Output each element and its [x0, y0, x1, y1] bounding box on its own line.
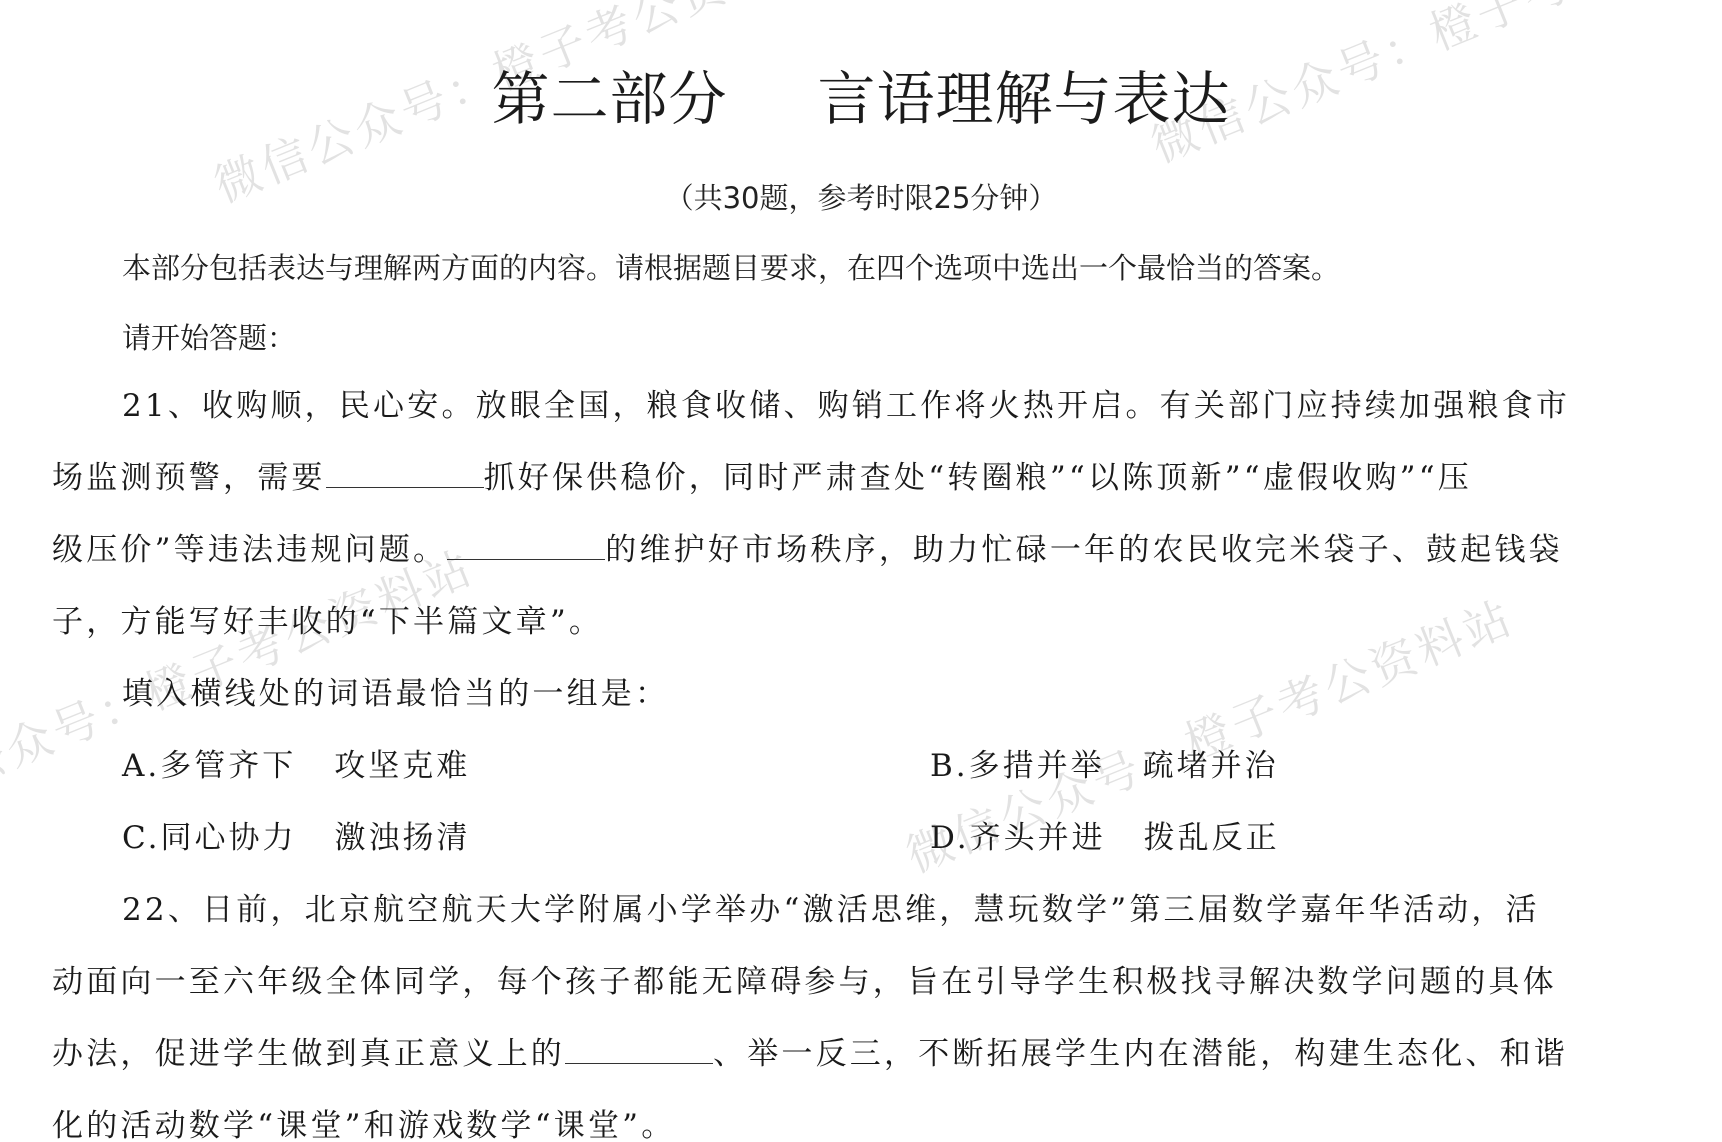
text-span: 化的活动数学“课堂”和游戏数学“课堂”。 — [52, 1108, 675, 1142]
option-word-1: 多管齐下 — [160, 748, 296, 784]
option-d[interactable]: D.齐头并进拨乱反正 — [930, 812, 1280, 857]
begin-prompt: 请开始答题： — [122, 316, 296, 357]
fill-blank-1 — [326, 461, 484, 488]
text-span: 、举一反三，不断拓展学生内在潜能，构建生态化、和谐 — [713, 1036, 1568, 1072]
section-label: 言语理解与表达 — [818, 65, 1231, 133]
page-title: 第二部分言语理解与表达 — [0, 52, 1722, 136]
option-word-1: 齐头并进 — [970, 820, 1106, 856]
option-label: A. — [122, 748, 160, 784]
question-text-line: 21、收购顺，民心安。放眼全国，粮食收储、购销工作将火热开启。有关部门应持续加强… — [122, 380, 1570, 425]
section-instructions: 本部分包括表达与理解两方面的内容。请根据题目要求，在四个选项中选出一个最恰当的答… — [122, 246, 1340, 287]
part-label: 第二部分 — [491, 65, 727, 133]
text-span: 的维护好市场秩序，助力忙碌一年的农民收完米袋子、鼓起钱袋 — [605, 532, 1563, 568]
option-word-2: 攻坚克难 — [334, 748, 470, 784]
question-text-line: 化的活动数学“课堂”和游戏数学“课堂”。 — [52, 1100, 675, 1142]
question-text-line: 22、日前，北京航空航天大学附属小学举办“激活思维，慧玩数学”第三届数学嘉年华活… — [122, 884, 1540, 929]
question-text-line: 办法，促进学生做到真正意义上的、举一反三，不断拓展学生内在潜能，构建生态化、和谐 — [52, 1028, 1568, 1073]
option-word-1: 同心协力 — [160, 820, 296, 856]
fill-blank-1 — [565, 1037, 713, 1064]
text-span: 抓好保供稳价，同时严肃查处“转圈粮”“以陈顶新”“虚假收购”“压 — [484, 460, 1472, 496]
fill-blank-2 — [447, 533, 605, 560]
question-text-line: 动面向一至六年级全体同学，每个孩子都能无障碍参与，旨在引导学生积极找寻解决数学问… — [52, 956, 1557, 1001]
option-c[interactable]: C.同心协力激浊扬清 — [122, 812, 470, 857]
text-span: 级压价”等违法违规问题。 — [52, 532, 447, 568]
option-label: C. — [122, 820, 160, 856]
question-prompt: 填入横线处的词语最恰当的一组是： — [122, 668, 669, 713]
option-word-2: 疏堵并治 — [1143, 748, 1279, 784]
option-a[interactable]: A.多管齐下攻坚克难 — [122, 740, 470, 785]
option-label: B. — [930, 748, 969, 784]
text-span: 子，方能写好丰收的“下半篇文章”。 — [52, 604, 603, 640]
option-word-2: 激浊扬清 — [334, 820, 470, 856]
question-text-line: 子，方能写好丰收的“下半篇文章”。 — [52, 596, 603, 641]
option-word-1: 多措并举 — [969, 748, 1105, 784]
text-span: 场监测预警，需要 — [52, 460, 326, 496]
option-label: D. — [930, 820, 970, 856]
section-subtitle: （共30题，参考时限25分钟） — [0, 176, 1722, 217]
text-span: 21、收购顺，民心安。放眼全国，粮食收储、购销工作将火热开启。有关部门应持续加强… — [122, 388, 1570, 424]
question-text-line: 场监测预警，需要抓好保供稳价，同时严肃查处“转圈粮”“以陈顶新”“虚假收购”“压 — [52, 452, 1472, 497]
option-word-2: 拨乱反正 — [1144, 820, 1280, 856]
option-b[interactable]: B.多措并举疏堵并治 — [930, 740, 1279, 785]
question-text-line: 级压价”等违法违规问题。的维护好市场秩序，助力忙碌一年的农民收完米袋子、鼓起钱袋 — [52, 524, 1563, 569]
text-span: 22、日前，北京航空航天大学附属小学举办“激活思维，慧玩数学”第三届数学嘉年华活… — [122, 892, 1540, 928]
text-span: 填入横线处的词语最恰当的一组是： — [122, 676, 669, 712]
text-span: 办法，促进学生做到真正意义上的 — [52, 1036, 565, 1072]
exam-page: 微信公众号：橙子考公资料站 微信公众号：橙子考公资料站 微信公众号：橙子考公资料… — [0, 0, 1722, 1142]
text-span: 动面向一至六年级全体同学，每个孩子都能无障碍参与，旨在引导学生积极找寻解决数学问… — [52, 964, 1557, 1000]
